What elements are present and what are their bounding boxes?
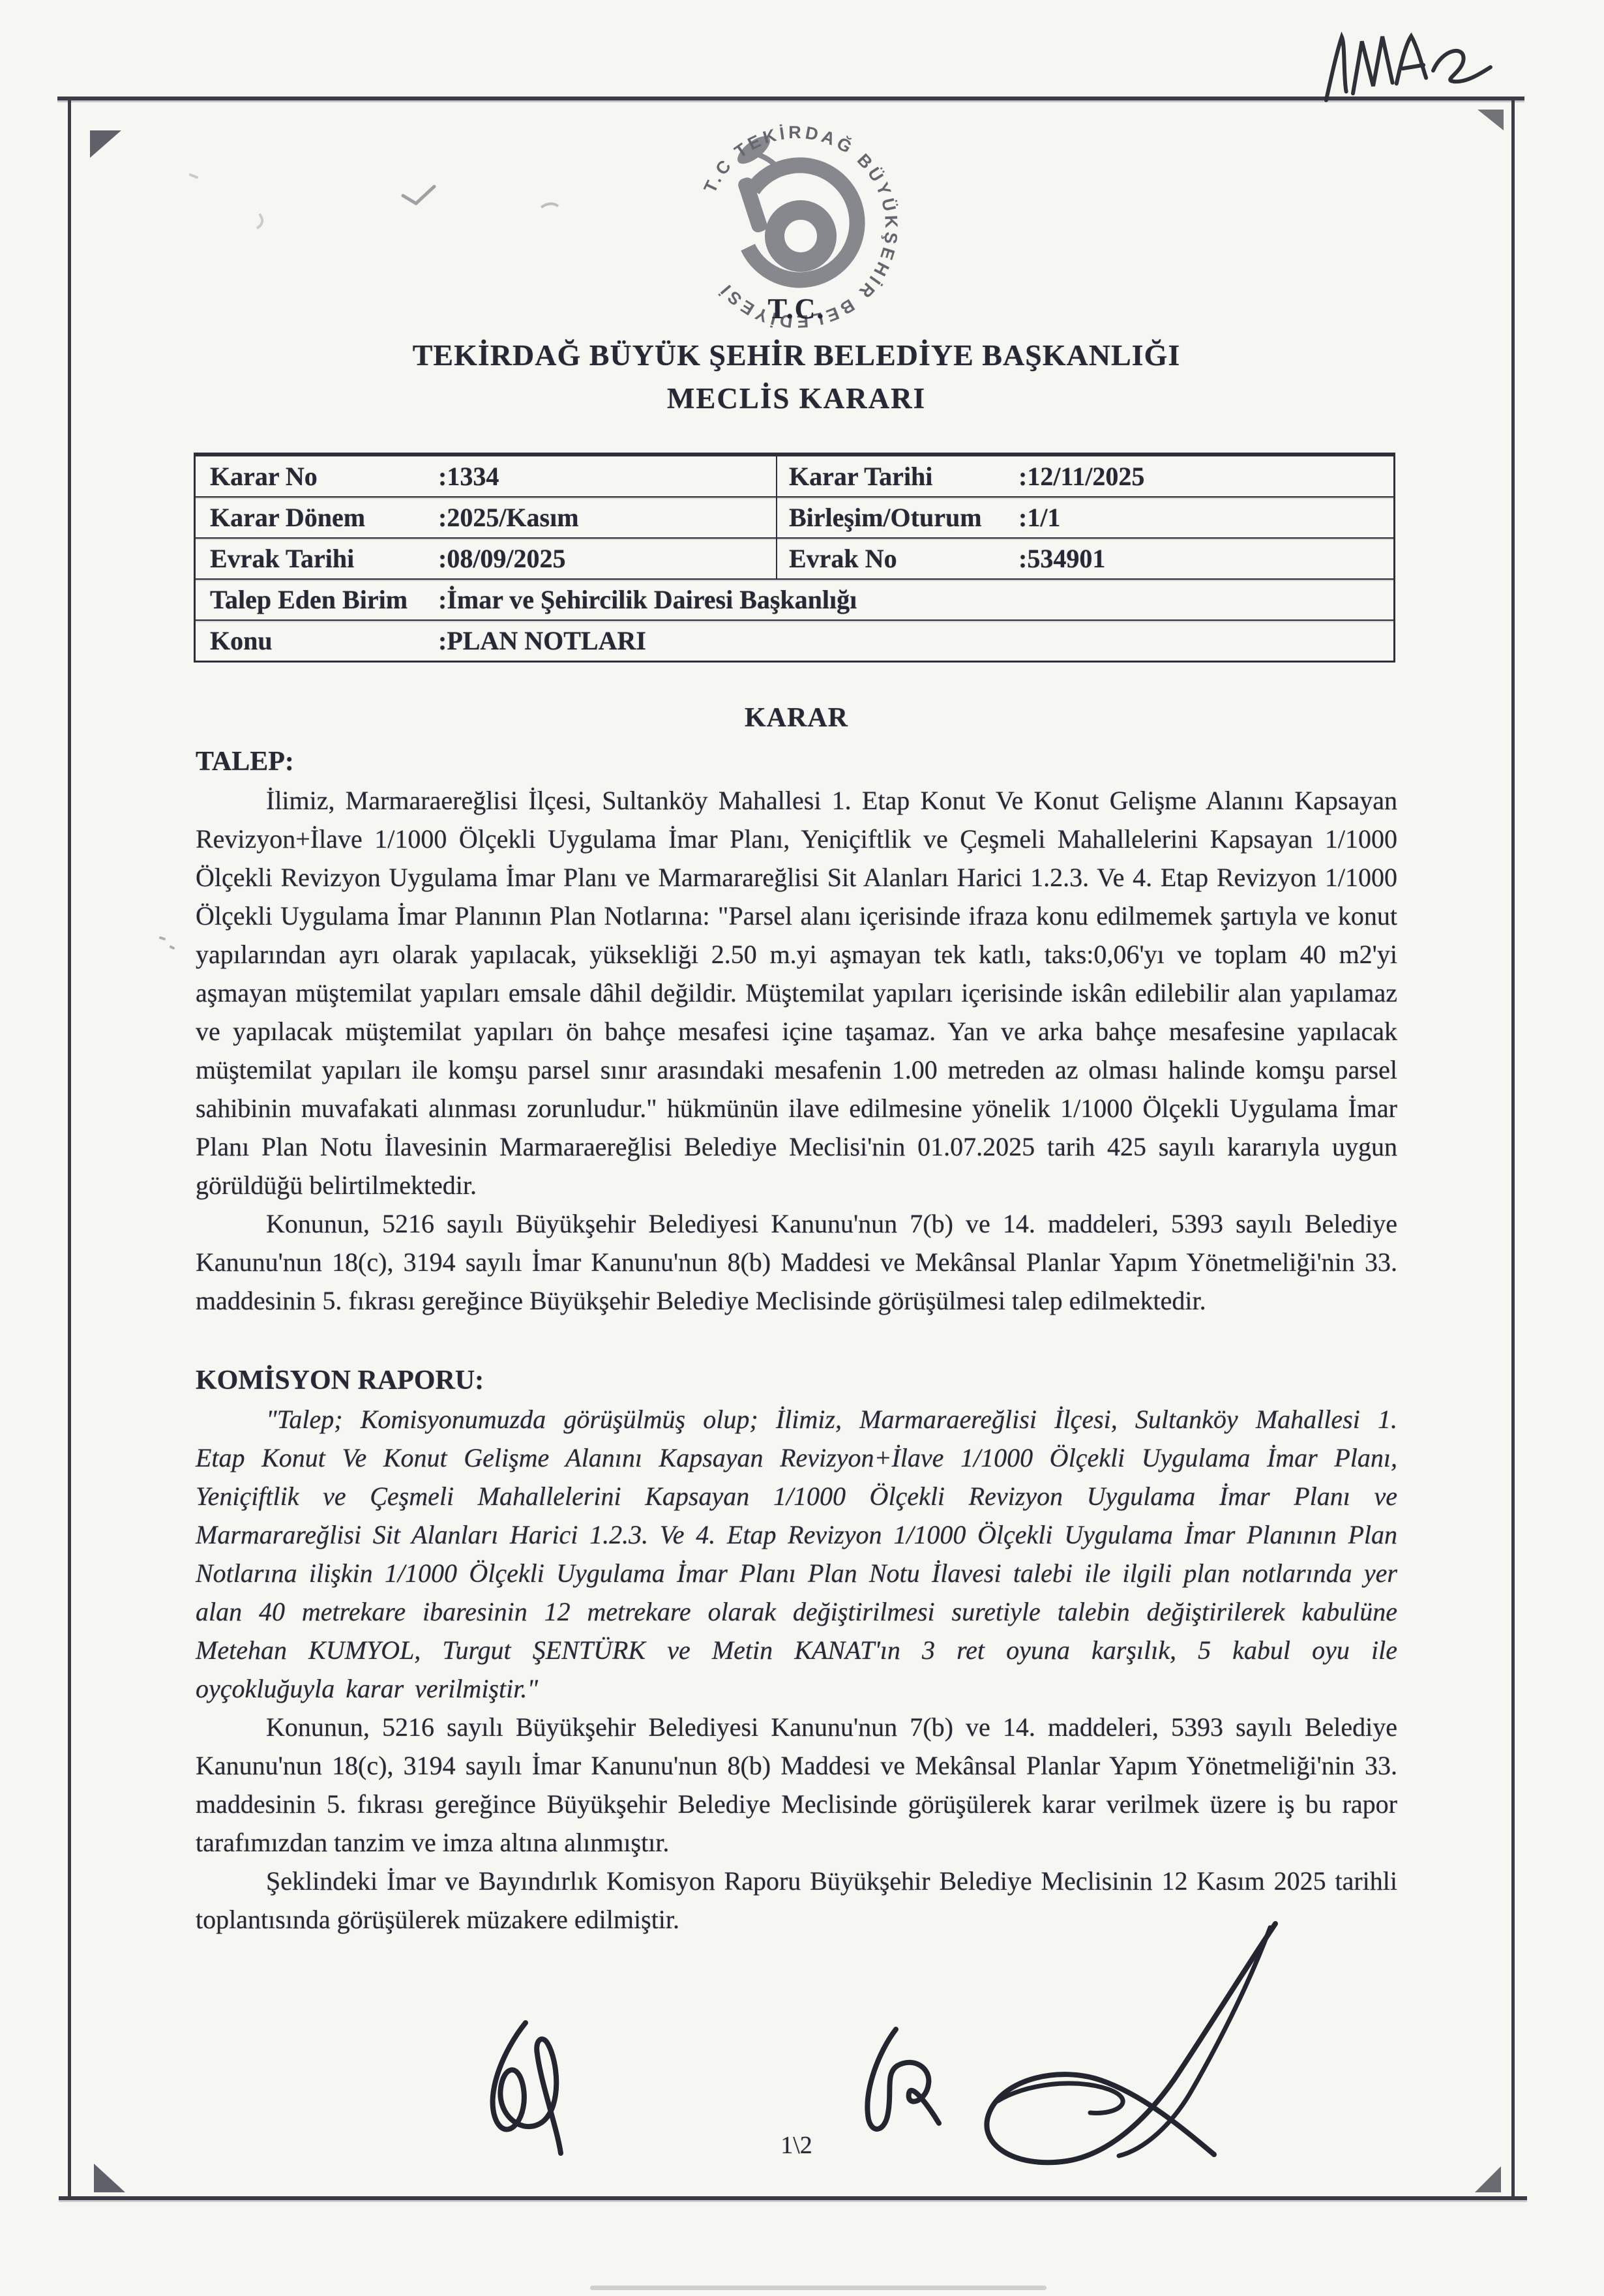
organization-heading: TEKİRDAĞ BÜYÜK ŞEHİR BELEDİYE BAŞKANLIĞI: [196, 338, 1397, 372]
karar-donem-label: Karar Dönem: [196, 502, 438, 533]
table-row: Karar Dönem :2025/Kasım Birleşim/Oturum …: [196, 498, 1393, 539]
talep-section-label: TALEP:: [196, 743, 1397, 781]
table-row: Konu :PLAN NOTLARI: [196, 621, 1393, 661]
evrak-tarihi-value: :08/09/2025: [438, 543, 776, 574]
page-border-right: [1511, 99, 1515, 2200]
signature-3-curl: [998, 2083, 1123, 2113]
commission-report-quote: "Talep; Komisyonumuzda görüşülmüş olup; …: [196, 1400, 1397, 1708]
decision-body: KARAR TALEP: İlimiz, Marmaraereğlisi İlç…: [196, 699, 1397, 1939]
karar-donem-value: :2025/Kasım: [438, 502, 776, 533]
document-type-heading: MECLİS KARARI: [196, 381, 1397, 415]
commission-closing-paragraph: Şeklindeki İmar ve Bayındırlık Komisyon …: [196, 1862, 1397, 1939]
karar-heading: KARAR: [196, 699, 1397, 738]
evrak-no-value: :534901: [1018, 543, 1393, 574]
birlesim-oturum-label: Birleşim/Oturum: [776, 498, 1018, 537]
konu-value: :PLAN NOTLARI: [438, 625, 1393, 656]
komisyon-raporu-section-label: KOMİSYON RAPORU:: [196, 1362, 1397, 1400]
table-row: Evrak Tarihi :08/09/2025 Evrak No :53490…: [196, 539, 1393, 580]
talep-eden-birim-label: Talep Eden Birim: [196, 584, 438, 615]
scanned-council-decision-document: { "annotation": { "handwritten": "İMAR" …: [0, 0, 1604, 2296]
table-row: Karar No :1334 Karar Tarihi :12/11/2025: [196, 456, 1393, 498]
karar-tarihi-label: Karar Tarihi: [776, 456, 1018, 496]
karar-no-label: Karar No: [196, 461, 438, 492]
signature-3: [987, 1924, 1275, 2162]
request-paragraph: İlimiz, Marmaraereğlisi İlçesi, Sultankö…: [196, 781, 1397, 1204]
scan-smudge: [590, 2286, 1047, 2290]
page-border-bottom: [59, 2196, 1527, 2200]
handwritten-imar-annotation: [1304, 7, 1539, 111]
signature-3-stroke: [1119, 1928, 1270, 2156]
konu-label: Konu: [196, 625, 438, 656]
commission-legal-paragraph: Konunun, 5216 sayılı Büyükşehir Belediye…: [196, 1708, 1397, 1862]
decision-info-table: Karar No :1334 Karar Tarihi :12/11/2025 …: [194, 453, 1395, 663]
republic-heading: T.C.: [196, 292, 1397, 325]
request-legal-paragraph: Konunun, 5216 sayılı Büyükşehir Belediye…: [196, 1204, 1397, 1320]
karar-tarihi-value: :12/11/2025: [1018, 461, 1393, 492]
page-number: 1\2: [196, 2131, 1397, 2160]
evrak-tarihi-label: Evrak Tarihi: [196, 543, 438, 574]
birlesim-oturum-value: :1/1: [1018, 502, 1393, 533]
evrak-no-label: Evrak No: [776, 539, 1018, 578]
signature-2: [867, 2029, 939, 2129]
karar-no-value: :1334: [438, 461, 776, 492]
page-border-left: [68, 98, 71, 2199]
table-row: Talep Eden Birim :İmar ve Şehircilik Dai…: [196, 580, 1393, 621]
talep-eden-birim-value: :İmar ve Şehircilik Dairesi Başkanlığı: [438, 584, 1393, 615]
